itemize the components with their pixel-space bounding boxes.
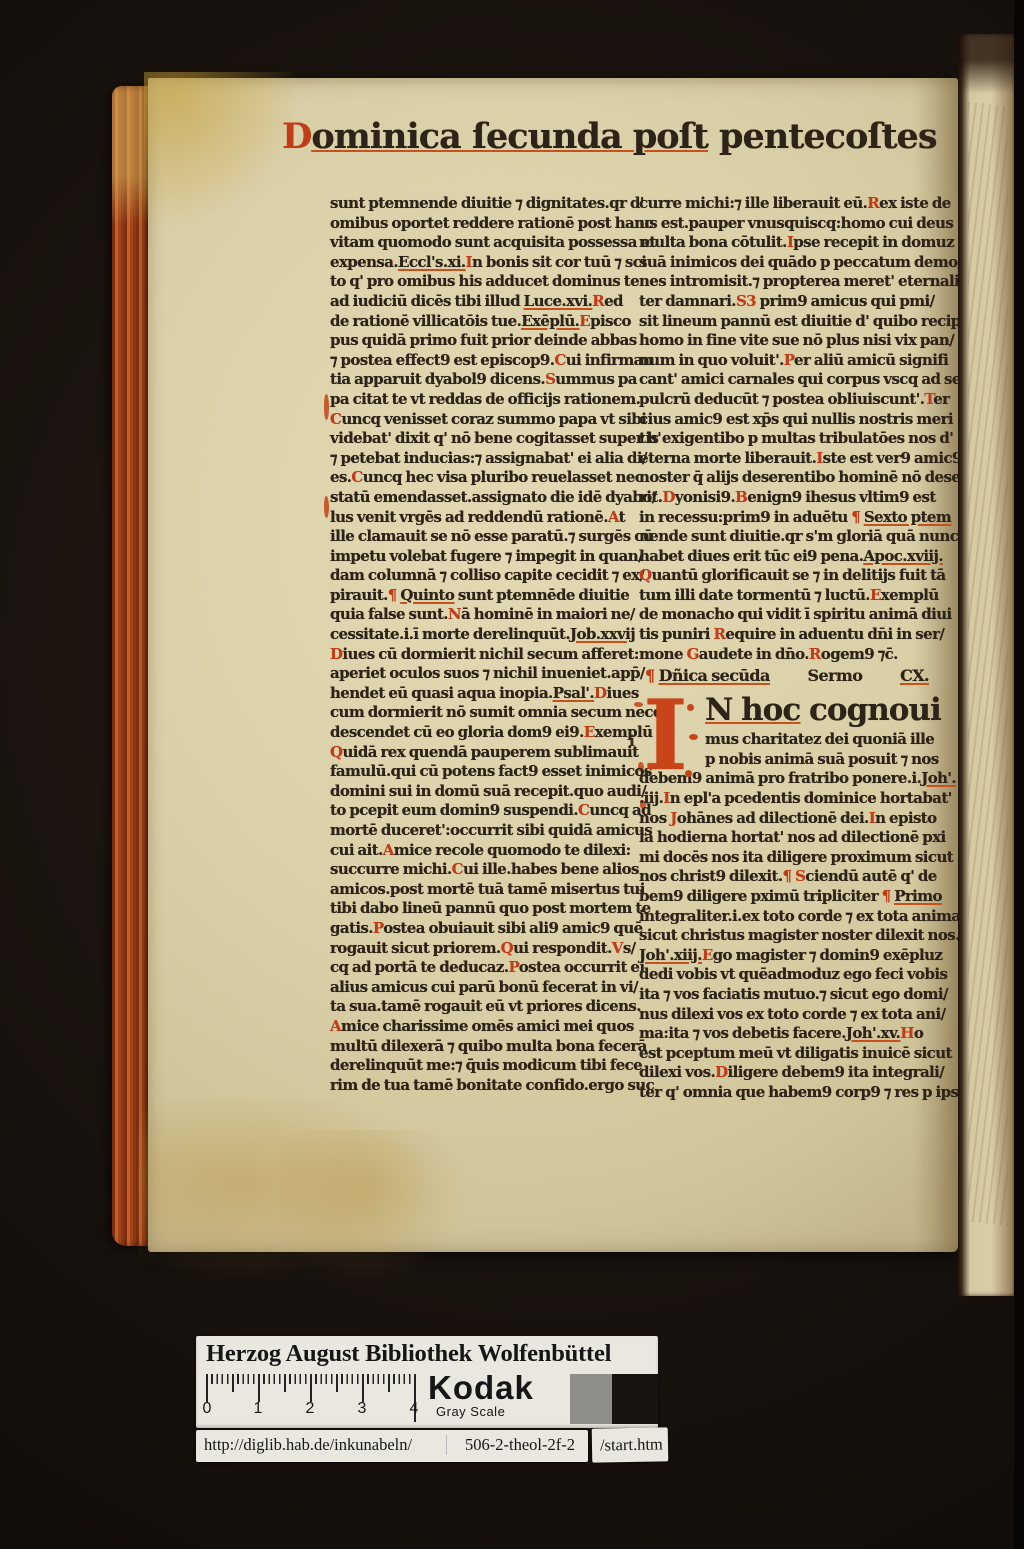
text-line: cui ait.Amice recole quomodo te dilexi: xyxy=(330,841,632,861)
text-line: Joh'.xiij.Ego magister ⁊ domin9 exēpluz xyxy=(639,946,957,966)
text-line: mus charitatez dei quoniā ille xyxy=(705,730,957,750)
text-line: cant' amici carnales qui corpus vscq ad … xyxy=(639,370,957,390)
text-line: mi docēs nos ita diligere proximum sicut xyxy=(639,848,957,868)
initial-flourish-dot xyxy=(685,770,692,777)
text-line: multū dilexerā ⁊ quibo multa bona fecerā xyxy=(330,1037,632,1057)
frame-edge xyxy=(1014,0,1024,1549)
text-line: curre michi:⁊ ille liberauit eū.Rex iste… xyxy=(639,194,957,214)
text-line: ta sua.tamē rogauit eū vt priores dicens… xyxy=(330,997,632,1017)
card-main: Herzog August Bibliothek Wolfenbüttel 01… xyxy=(196,1336,658,1428)
digitized-book-photo: { "page": { "header": "«D»‹ominica ſecun… xyxy=(0,0,1024,1549)
text-line: suā inimicos dei quādo p peccatum demo/ xyxy=(639,253,957,273)
text-line: nende sunt diuitie.qr s'm gloriā quā nun… xyxy=(639,527,957,547)
rubric-mark xyxy=(324,394,329,420)
text-line: statū emendasset.assignato die idē dyabo… xyxy=(330,488,632,508)
text-line: pulcrū deducūt ⁊ postea obliuiscunt'.Ter xyxy=(639,390,957,410)
paper-stain-bottom-2 xyxy=(278,1130,468,1280)
text-line: sunt ptemnende diuitie ⁊ dignitates.qr d… xyxy=(330,194,632,214)
text-line: rim de tua tamē bonitate confido.ergo su… xyxy=(330,1076,632,1096)
text-line: ma:ita ⁊ vos debetis facere.Joh'.xv.Ho xyxy=(639,1024,957,1044)
text-line: pa citat te vt reddas de officijs ration… xyxy=(330,390,632,410)
text-line: nus dilexi vos ex toto corde ⁊ ex tota a… xyxy=(639,1005,957,1025)
text-line: Diues cū dormierit nichil secum afferet: xyxy=(330,645,632,665)
sermon-incipit: i I N hoc cognoui mus charitatez dei quo… xyxy=(639,690,957,1102)
text-line: sit lineum pannū est diuitie d' quibo re… xyxy=(639,312,957,332)
text-line: pirauit.¶ Quinto sunt ptemnēde diuitie xyxy=(330,586,632,606)
right-column-lines-after: debem9 animā pro fratribo ponere.i.Joh'.… xyxy=(639,769,957,1102)
ruler-number: 3 xyxy=(356,1400,368,1418)
next-page-edge xyxy=(958,34,1016,1296)
text-line: expensa.Eccl's.xi.In bonis sit cor tuū ⁊… xyxy=(330,253,632,273)
shelfmark: 506-2-theol-2f-2 xyxy=(446,1435,575,1455)
text-line: derelinquūt me:⁊ q̄uis modicum tibi fece xyxy=(330,1056,632,1076)
left-column-lines: sunt ptemnende diuitie ⁊ dignitates.qr d… xyxy=(330,194,632,1095)
text-line: ad iudiciū dicēs tibi illud Luce.xvi.Red xyxy=(330,292,632,312)
text-line: p nobis animā suā posuit ⁊ nos xyxy=(705,750,957,770)
text-line: tis exigentibo p multas tribulatōes nos … xyxy=(639,429,957,449)
ruler-number: 2 xyxy=(304,1400,316,1418)
ruler-number: 0 xyxy=(201,1400,213,1418)
text-line: multa bona cōtulit.Ipse recepit in domuz xyxy=(639,233,957,253)
text-line: num in quo voluit'.Per aliū amicū signif… xyxy=(639,351,957,371)
text-line: quia false sunt.Nā hominē in maiori ne/ xyxy=(330,605,632,625)
text-line: ⁊ petebat inducias:⁊ assignabat' ei alia… xyxy=(330,449,632,469)
text-line: cessitate.i.ī morte derelinquūt.Job.xxvi… xyxy=(330,625,632,645)
text-line: impetu volebat fugere ⁊ impegit in quan/ xyxy=(330,547,632,567)
text-line: est pceptum meū vt diligatis inuicē sicu… xyxy=(639,1044,957,1064)
black-patch xyxy=(612,1374,658,1424)
text-line: bem9 diligere pximū tripliciter ¶ Primo xyxy=(639,887,957,907)
paper-stain-bottom xyxy=(138,1100,438,1280)
text-column-right: curre michi:⁊ ille liberauit eū.Rex iste… xyxy=(639,194,957,1103)
text-line: aperiet oculos suos ⁊ nichil inueniet.ap… xyxy=(330,664,632,684)
running-title: Dominica ſecunda poſt pentecoſtes xyxy=(282,116,922,164)
sermon-number: CX. xyxy=(900,666,929,688)
text-line: de rationē villicatōis tue.Exēplū.Episco xyxy=(330,312,632,332)
ruler-number: 1 xyxy=(252,1400,264,1418)
text-line: succurre michi.Cui ille.habes bene alios xyxy=(330,860,632,880)
grayscale-card: Herzog August Bibliothek Wolfenbüttel 01… xyxy=(196,1336,662,1464)
gray-patch xyxy=(570,1374,612,1424)
text-line: homo in fine vite sue nō plus nisi vix p… xyxy=(639,331,957,351)
text-line: habet diues erit tūc ei9 pena.Apoc.xviij… xyxy=(639,547,957,567)
text-line: Cuncq venisset coraz summo papa vt sibi xyxy=(330,410,632,430)
text-line: ter q' omnia que habem9 corp9 ⁊ res p ip… xyxy=(639,1083,957,1103)
initial-flourish-dot xyxy=(687,704,694,711)
text-line: cq ad portā te deducaz.Postea occurrit e… xyxy=(330,958,632,978)
text-line: mone Gaudete in dn̄o.Rogem9 ⁊c̄. xyxy=(639,645,957,665)
text-line: to pcepit eum domin9 suspendi.Cuncq ad xyxy=(330,801,632,821)
text-line: dilexi vos.Diligere debem9 ita integrali… xyxy=(639,1063,957,1083)
text-line: cius amic9 est xp̄s qui nullis nostris m… xyxy=(639,410,957,430)
text-line: tum illi date tormentū ⁊ luctū.Exemplū xyxy=(639,586,957,606)
text-line: de monacho qui vidit ī spiritu animā diu… xyxy=(639,605,957,625)
show-through-text xyxy=(968,102,1008,1226)
incipit-large-text: N hoc cognoui xyxy=(705,690,957,730)
sermon-heading-label: Sermo xyxy=(808,666,863,688)
text-line: Quantū glorificauit se ⁊ in delitijs fui… xyxy=(639,566,957,586)
text-line: la hodierna hortat' nos ad dilectionē px… xyxy=(639,828,957,848)
text-line: ter damnari.S3 prim9 amicus qui pmi/ xyxy=(639,292,957,312)
card-bottom-strip: http://diglib.hab.de/inkunabeln/ 506-2-t… xyxy=(196,1430,588,1462)
text-line: ita ⁊ vos faciatis mutuo.⁊ sicut ego dom… xyxy=(639,985,957,1005)
text-line: tibi dabo lineū pannū quo post mortem te xyxy=(330,899,632,919)
text-line: vitam quomodo sunt acquisita possessa et xyxy=(330,233,632,253)
text-line: nos Johānes ad dilectionē dei.In episto xyxy=(639,809,957,829)
text-line: cum dormierit nō sumit omnia secum necq xyxy=(330,703,632,723)
paper-stain-top-left xyxy=(144,72,294,242)
library-name: Herzog August Bibliothek Wolfenbüttel xyxy=(206,1340,652,1368)
start-page-tab: /start.htm xyxy=(592,1427,669,1462)
lombard-initial-glyph: I xyxy=(643,679,687,792)
text-line: hendet eū quasi aqua inopia.Psal'.Diues xyxy=(330,684,632,704)
text-line: domini sui in domū suā recepit.quo audi/ xyxy=(330,782,632,802)
gray-scale-label: Gray Scale xyxy=(436,1404,505,1419)
text-line: sicut christus magister noster dilexit n… xyxy=(639,926,957,946)
text-line: rit.Dyonisi9.Benign9 ihesus vltim9 est xyxy=(639,488,957,508)
right-column-lines: curre michi:⁊ ille liberauit eū.Rex iste… xyxy=(639,194,957,664)
text-line: alius amicus cui parū bonū fecerat in vi… xyxy=(330,978,632,998)
text-line: descendet cū eo gloria dom9 ei9.Exemplū xyxy=(330,723,632,743)
text-line: lus venit vrgēs ad reddendū rationē.At xyxy=(330,508,632,528)
text-line: videbat' dixit q' nō bene cogitasset sup… xyxy=(330,429,632,449)
text-line: Amice charissime omēs amici mei quos xyxy=(330,1017,632,1037)
text-line: amicos.post mortē tuā tamē misertus tui xyxy=(330,880,632,900)
initial-flourish-dot xyxy=(689,734,698,740)
text-line: gatis.Postea obuiauit sibi ali9 amic9 qu… xyxy=(330,919,632,939)
text-line: to q' pro omibus his adducet dominus te xyxy=(330,272,632,292)
text-line: mortē duceret':occurrit sibi quidā amicu… xyxy=(330,821,632,841)
text-line: integraliter.i.ex toto corde ⁊ ex tota a… xyxy=(639,907,957,927)
text-line: rogauit sicut priorem.Qui respondit.Vs/ xyxy=(330,939,632,959)
text-line: nes intromisit.⁊ propterea meret' eterna… xyxy=(639,272,957,292)
text-line: dedi vobis vt quēadmoduz ego feci vobis xyxy=(639,965,957,985)
text-line: us est.pauper vnusquiscq:homo cui deus xyxy=(639,214,957,234)
text-line: ⁊ postea effect9 est episcop9.Cui infirm… xyxy=(330,351,632,371)
text-line: tis puniri Require in aduentu dn̄i in se… xyxy=(639,625,957,645)
digitization-url: http://diglib.hab.de/inkunabeln/ xyxy=(204,1435,412,1455)
text-line: tia apparuit dyabol9 dicens.Summus pa xyxy=(330,370,632,390)
text-line: famulū.qui cū potens fact9 esset inimico… xyxy=(330,762,632,782)
lombard-initial-i: I xyxy=(643,690,701,786)
text-column-left: sunt ptemnende diuitie ⁊ dignitates.qr d… xyxy=(330,194,632,1095)
text-line: Quidā rex quendā pauperem sublimauit xyxy=(330,743,632,763)
text-line: noster q̄ alijs deserentibo hominē nō de… xyxy=(639,468,957,488)
text-line: ille clamauit se nō esse paratū.⁊ surgēs… xyxy=(330,527,632,547)
cm-ruler: 01234 xyxy=(206,1374,416,1422)
text-line: dam columnā ⁊ colliso capite cecidit ⁊ e… xyxy=(330,566,632,586)
text-line: es.Cuncq hec visa pluribo reuelasset nec xyxy=(330,468,632,488)
kodak-logo: Kodak xyxy=(428,1372,534,1404)
text-line: nos christ9 dilexit.¶ Sciendū autē q' de xyxy=(639,867,957,887)
ruler-number: 4 xyxy=(408,1400,420,1418)
rubric-mark xyxy=(324,496,329,518)
text-line: pus quidā primo fuit prior deinde abbas xyxy=(330,331,632,351)
ruler-ticks xyxy=(206,1374,414,1402)
start-page-label: /start.htm xyxy=(600,1434,668,1455)
text-line: eterna morte liberauit.Iste est ver9 ami… xyxy=(639,449,957,469)
text-line: in recessu:prim9 in aduētu ¶ Sexto ptem xyxy=(639,508,957,528)
guide-letter: i xyxy=(629,732,634,752)
text-line: omibus oportet reddere rationē post hanc xyxy=(330,214,632,234)
ruler-numbers: 01234 xyxy=(201,1400,419,1420)
